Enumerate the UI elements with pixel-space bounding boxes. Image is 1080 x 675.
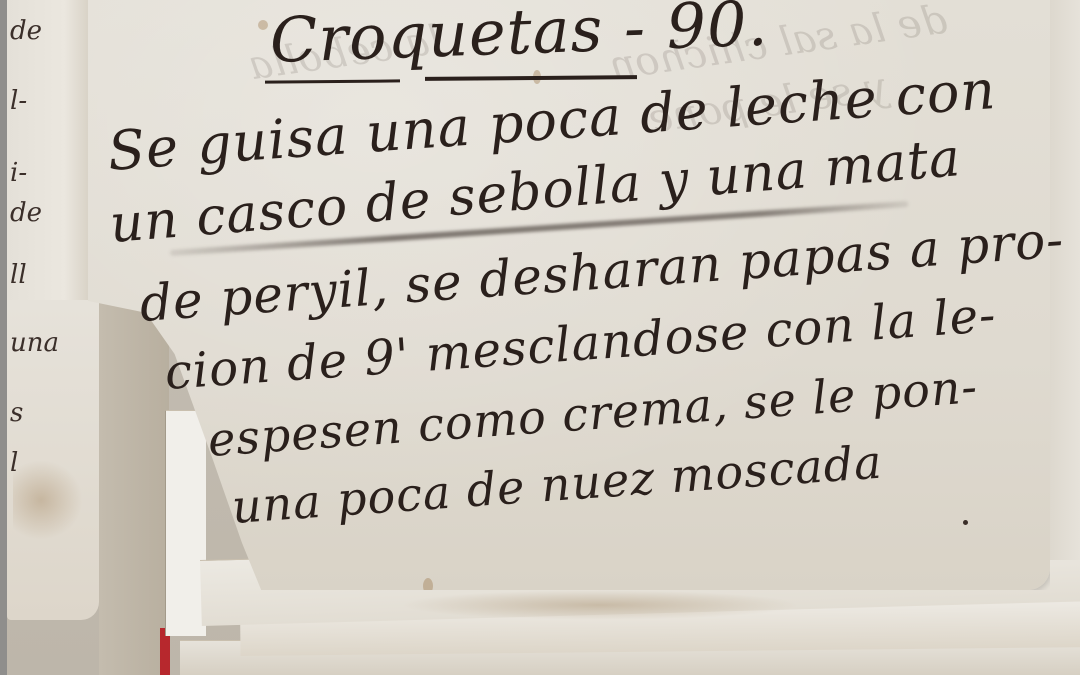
left-page-fragment: l- xyxy=(10,88,27,114)
ink-spot xyxy=(258,20,268,30)
ink-spot xyxy=(963,520,968,525)
left-page-fragment: una xyxy=(10,330,59,356)
left-page-fragment: de xyxy=(10,18,42,44)
right-adjacent-sheet xyxy=(1050,0,1080,560)
left-page-fragment: de xyxy=(10,200,42,226)
document-photo: de l- i- de ll una s l de la sal chichon… xyxy=(0,0,1080,675)
frame-edge xyxy=(0,0,7,675)
left-page-fragment: ll xyxy=(10,262,27,288)
stacked-sheet xyxy=(165,410,206,636)
binding-shadow xyxy=(99,300,169,675)
water-stain xyxy=(400,590,800,620)
left-page-fragment: s xyxy=(10,400,23,426)
left-page-fragment: i- xyxy=(10,160,27,186)
left-page-fragment: l xyxy=(10,450,18,476)
